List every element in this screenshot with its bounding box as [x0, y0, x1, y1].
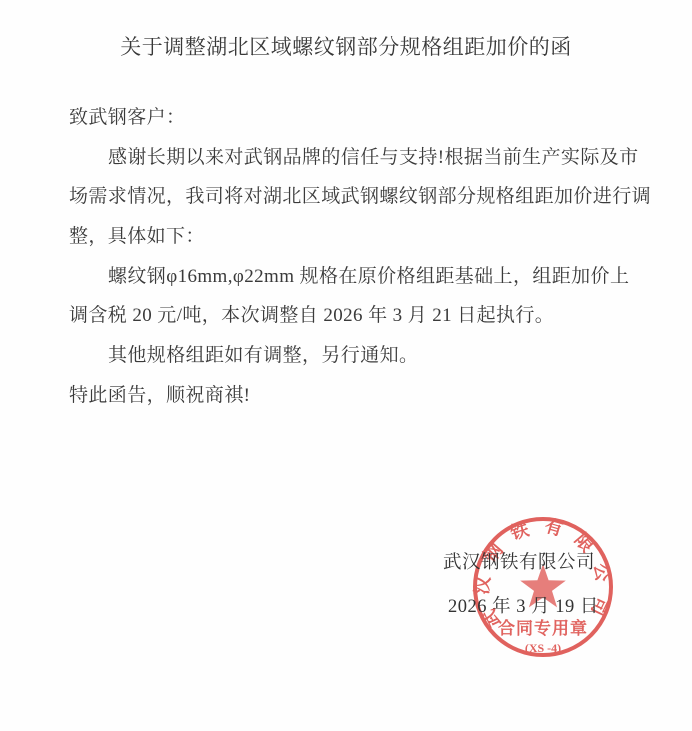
company-seal: 武汉钢铁有限公司 合同专用章 (XS -4): [470, 514, 616, 660]
signature-date: 2026 年 3 月 19 日: [448, 592, 599, 618]
seal-label: 合同专用章: [498, 618, 588, 638]
letter-page: 关于调整湖北区域螺纹钢部分规格组距加价的函 致武钢客户： 感谢长期以来对武钢品牌…: [0, 0, 692, 731]
salutation: 致武钢客户：: [69, 98, 629, 138]
letter-body: 致武钢客户： 感谢长期以来对武钢品牌的信任与支持!根据当前生产实际及市 场需求情…: [69, 98, 629, 416]
paragraph1-line2: 场需求情况，我司将对湖北区域武钢螺纹钢部分规格组距加价进行调: [69, 177, 629, 217]
seal-graphic: 武汉钢铁有限公司 合同专用章 (XS -4): [470, 514, 616, 660]
closing-line: 特此函告，顺祝商祺!: [69, 376, 629, 416]
paragraph3: 其他规格组距如有调整，另行通知。: [69, 336, 629, 376]
paragraph1-line3: 整，具体如下：: [69, 217, 629, 257]
letter-title: 关于调整湖北区域螺纹钢部分规格组距加价的函: [0, 31, 692, 61]
seal-code: (XS -4): [525, 641, 561, 655]
paragraph1-line1: 感谢长期以来对武钢品牌的信任与支持!根据当前生产实际及市: [69, 138, 629, 178]
signature-company: 武汉钢铁有限公司: [443, 548, 595, 574]
paragraph2-line1: 螺纹钢φ16mm,φ22mm 规格在原价格组距基础上，组距加价上: [69, 257, 629, 297]
paragraph2-line2: 调含税 20 元/吨，本次调整自 2026 年 3 月 21 日起执行。: [69, 296, 629, 336]
